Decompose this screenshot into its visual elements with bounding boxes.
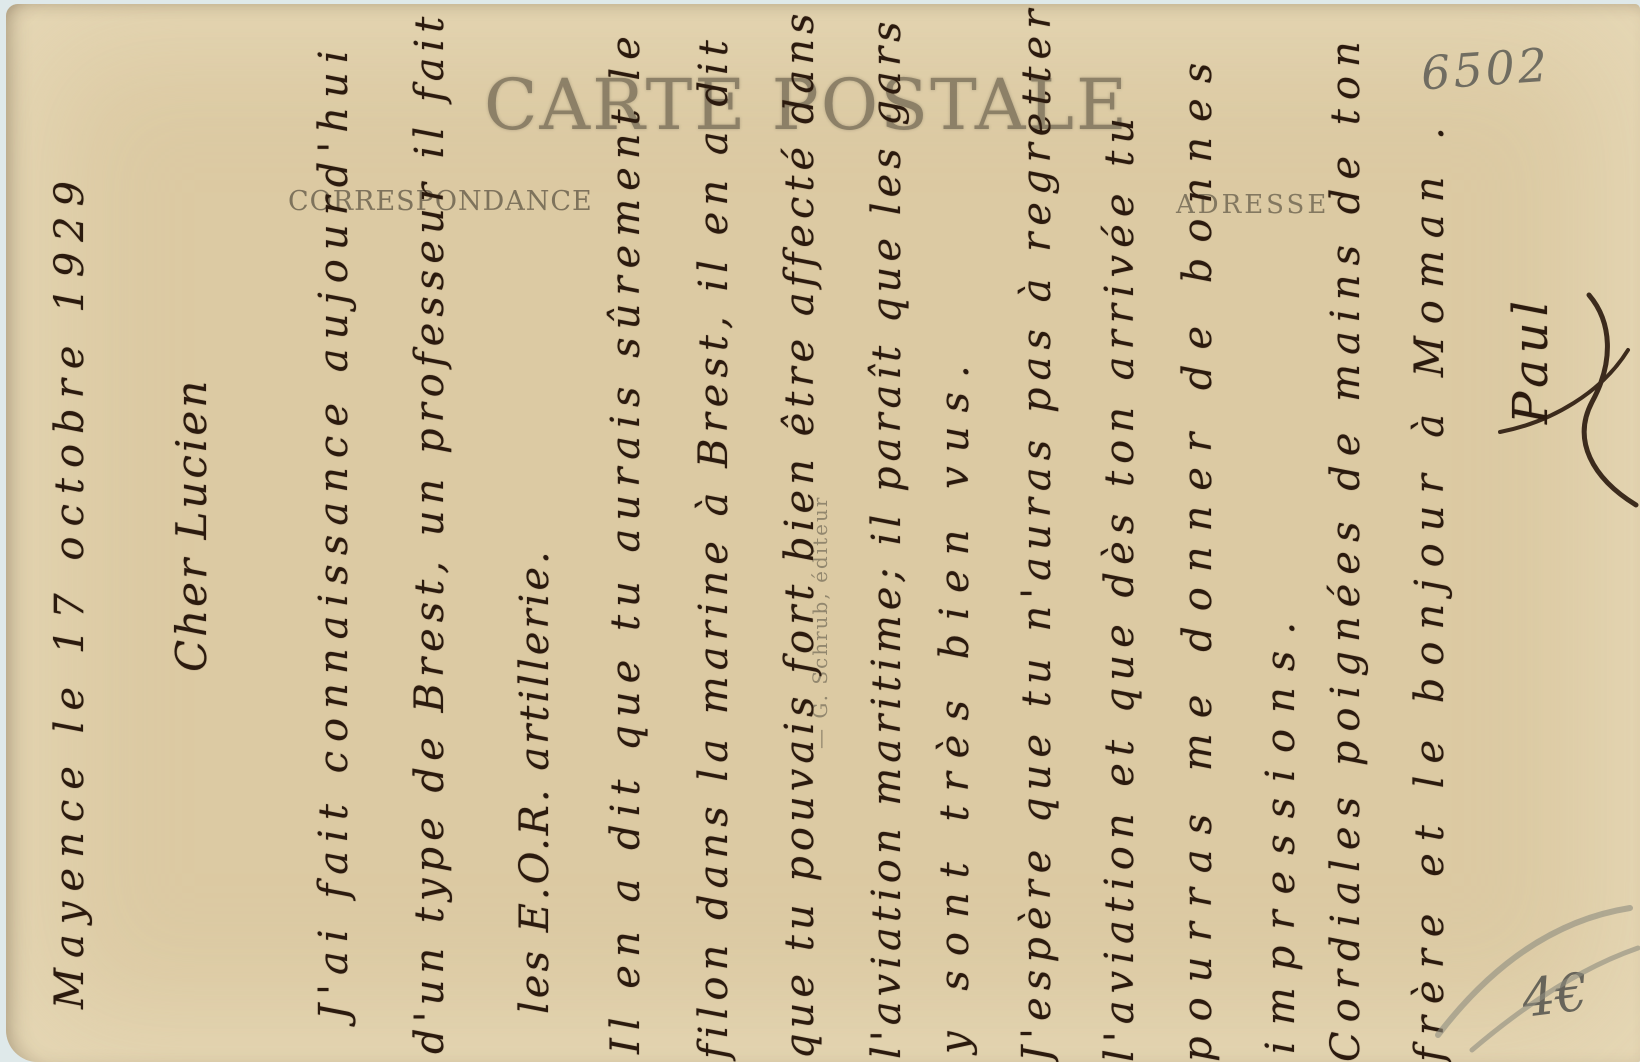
handwritten-line: frère et le bonjour à Moman . [1398,115,1462,1062]
handwritten-line: J'ai fait connaissance aujourd'hui [302,41,366,1020]
handwritten-date-line: Mayence le 17 octobre 1929 [38,171,102,1009]
handwritten-line: les E.O.R. artillerie. [503,548,567,1014]
handwritten-line: Cordiales poignées de mains de ton [1314,32,1378,1062]
pencil-price: 4€ [1519,962,1592,1030]
handwritten-line: J'espère que tu n'auras pas à regretter [1005,3,1069,1062]
postcard-scan: { "postcard": { "printed": { "title": "C… [0,0,1640,1062]
handwritten-line: Il en a dit que tu aurais sûrement le [594,28,658,1054]
handwritten-line: l'aviation et que dès ton arrivée tu [1088,111,1152,1062]
postcard-paper: CARTE POSTALE CORRESPONDANCE ADRESSE — G… [6,4,1640,1062]
handwritten-salutation: Cher Lucien [158,378,225,672]
handwritten-line: pourras me donner de bonnes [1166,48,1230,1062]
pencil-inventory-number: 6502 [1419,38,1552,101]
handwritten-line: que tu pouvais fort bien être affecté da… [768,8,832,1059]
handwritten-line: impressions. [1249,606,1313,1054]
handwritten-line: l'aviation maritime; il paraît que les g… [855,16,919,1059]
handwritten-line: filon dans la marine à Brest, il en a di… [682,34,746,1059]
handwritten-line: d'un type de Brest, un professeur il fai… [398,11,462,1054]
handwritten-line: y sont très bien vus. [923,351,987,1054]
signature: Paul [1493,295,1570,424]
